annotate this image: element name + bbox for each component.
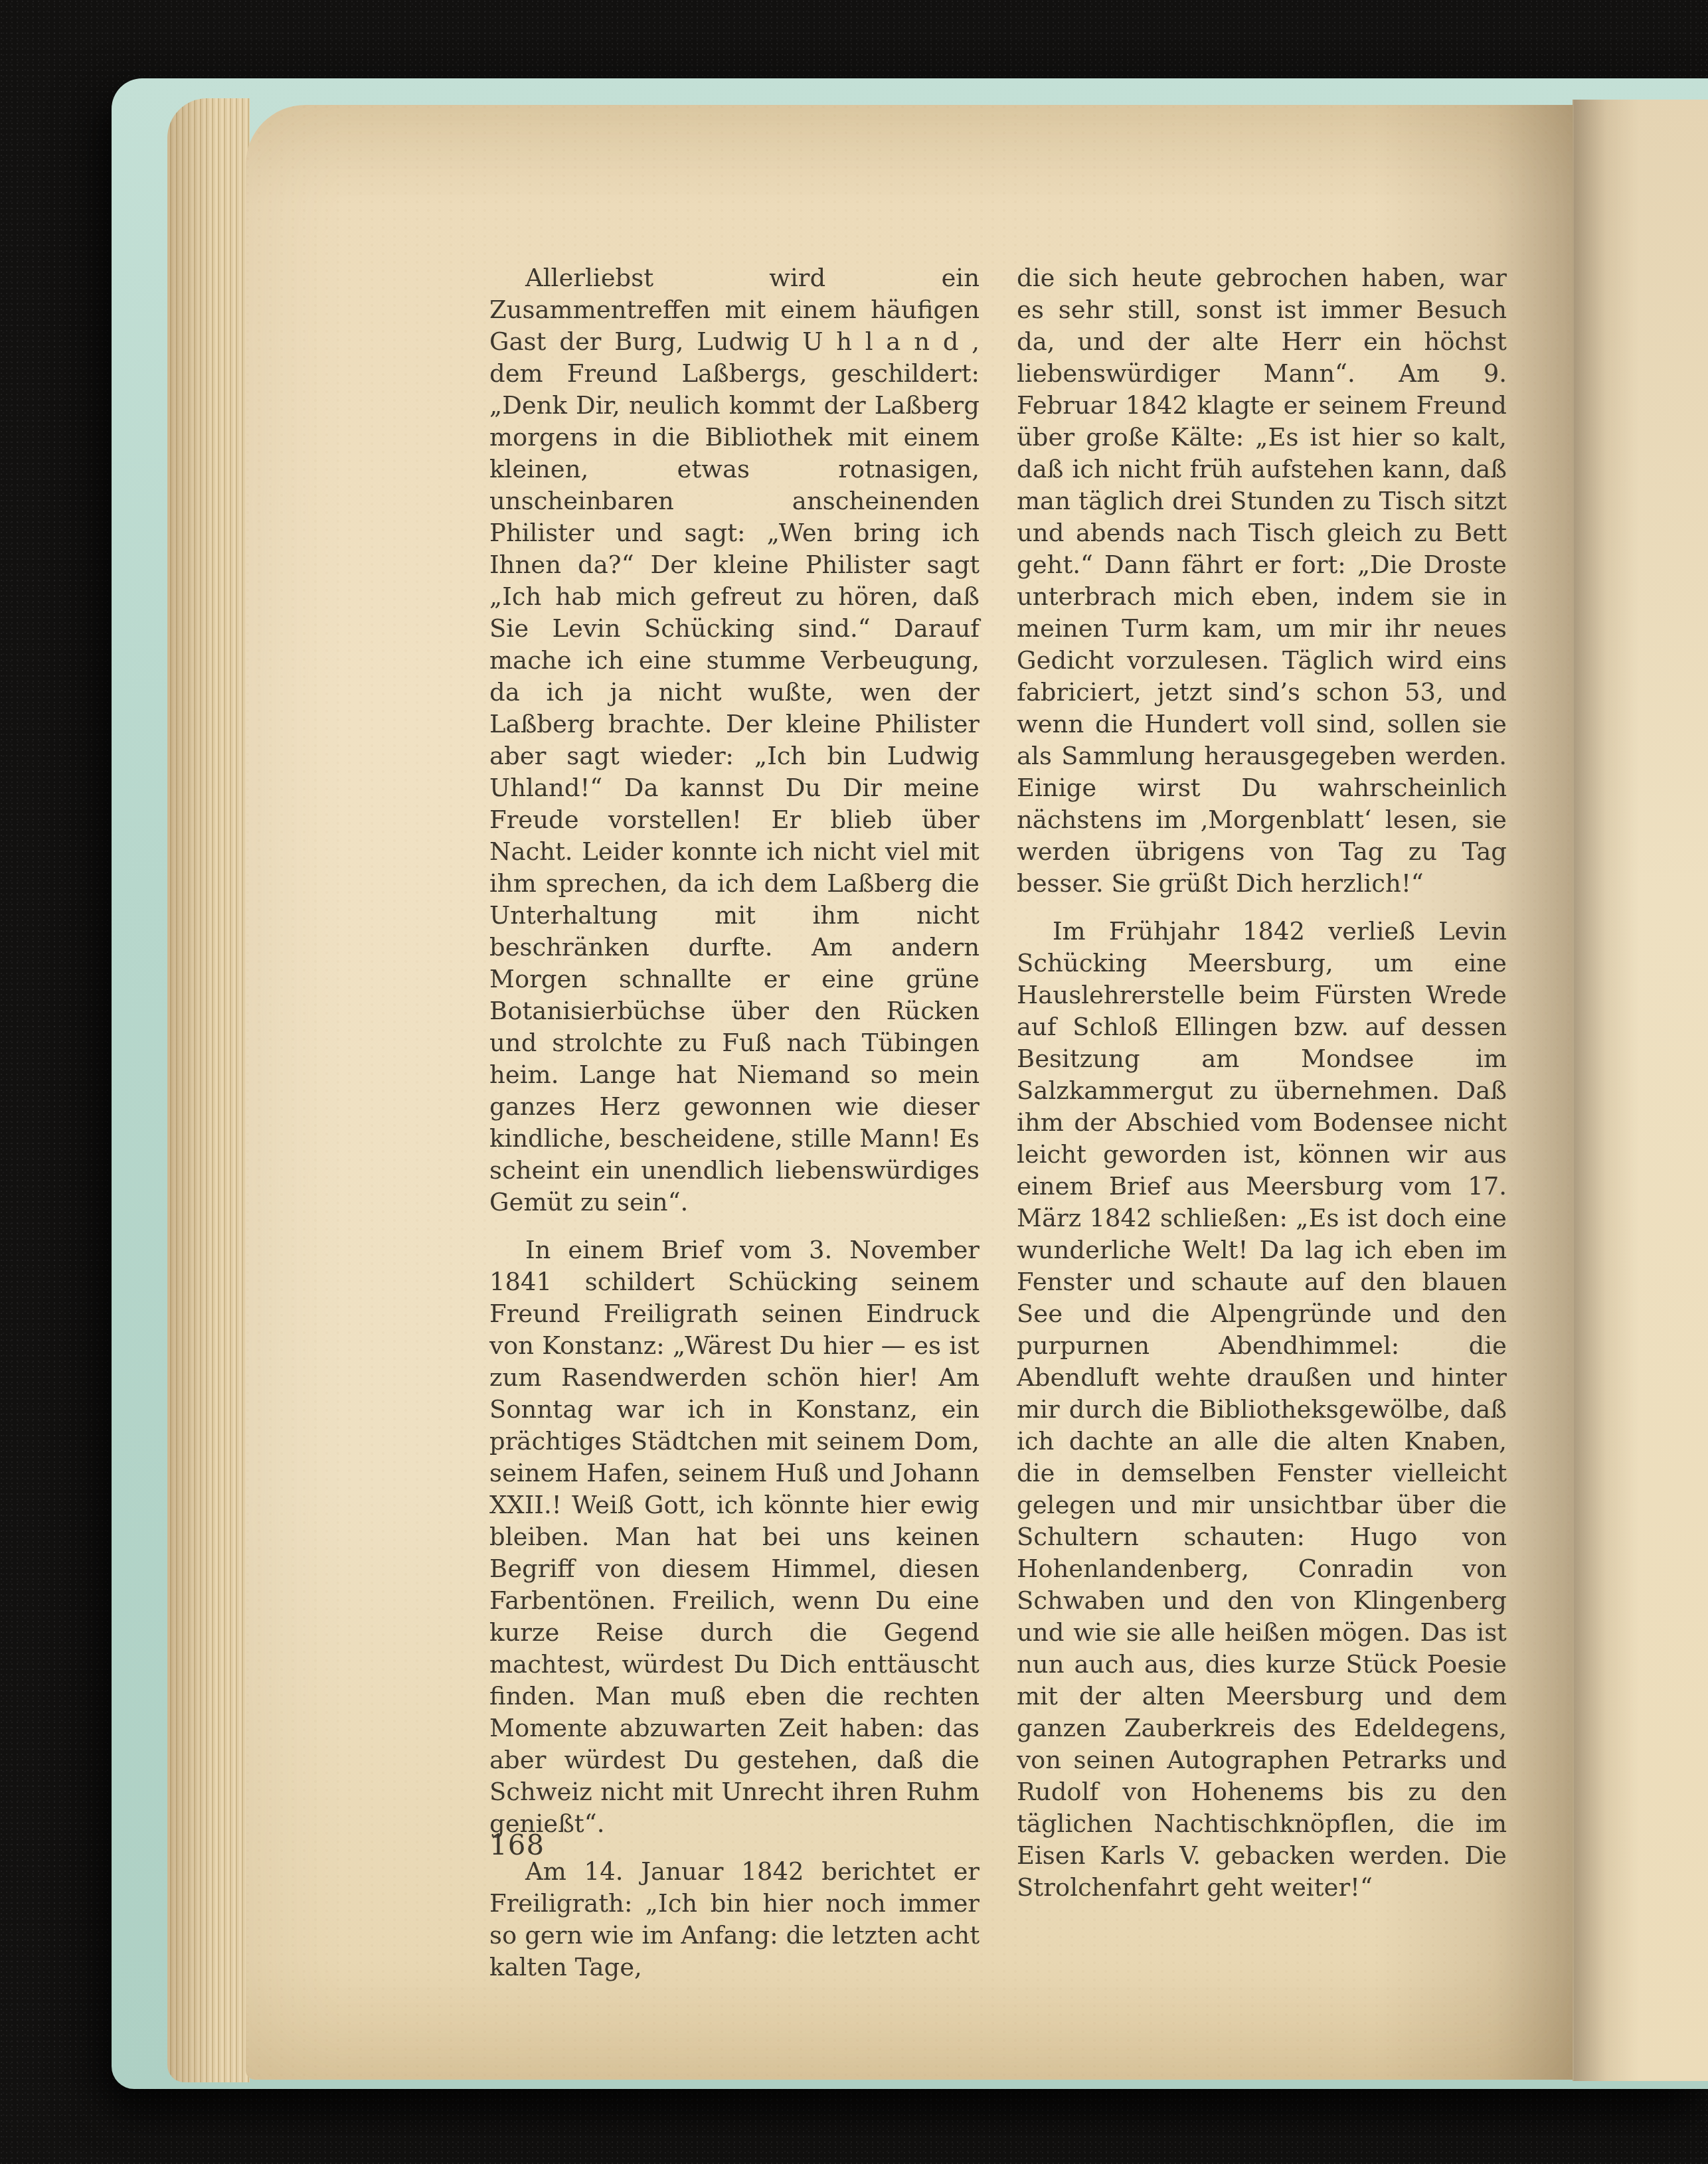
page-stack-fore-edge [167,98,250,2082]
facing-page-sliver: Lev [1573,100,1708,2081]
right-text-column: die sich heute gebrochen haben, war es s… [1017,262,1507,1983]
paragraph: Allerliebst wird ein Zusammentreffen mit… [489,262,980,1218]
paragraph: In einem Brief vom 3. November 1841 schi… [489,1234,980,1840]
paragraph: die sich heute gebrochen haben, war es s… [1017,262,1507,900]
paragraph: Am 14. Januar 1842 berichtet er Freiligr… [489,1856,980,1983]
photo-of-open-book: Allerliebst wird ein Zusammentreffen mit… [0,0,1708,2164]
left-text-column: Allerliebst wird ein Zusammentreffen mit… [489,262,980,1983]
left-book-page: Allerliebst wird ein Zusammentreffen mit… [246,105,1573,2080]
text-block: Allerliebst wird ein Zusammentreffen mit… [489,262,1507,1983]
page-number: 168 [489,1829,545,1861]
paragraph: Im Frühjahr 1842 verließ Levin Schücking… [1017,916,1507,1904]
